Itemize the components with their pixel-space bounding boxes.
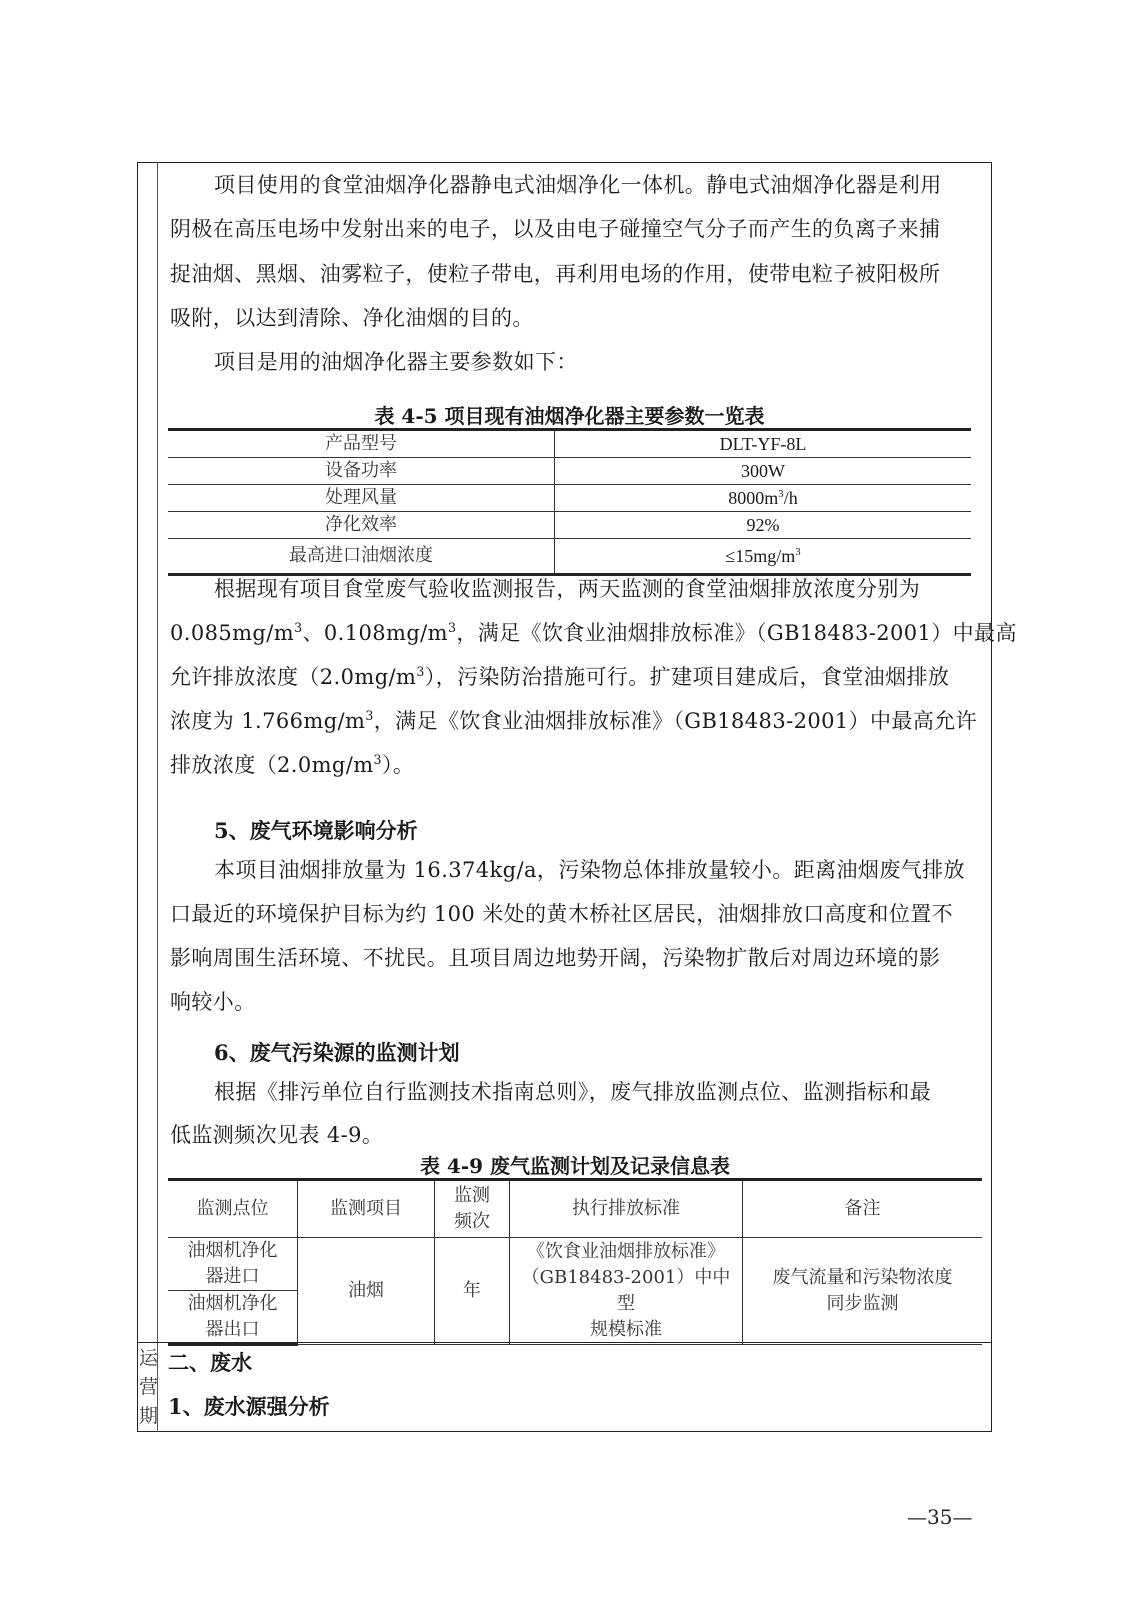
table-row: 设备功率 300W — [168, 458, 971, 485]
purifier-parameters-table: 产品型号 DLT-YF-8L 设备功率 300W 处理风量 8000m3/h 净… — [168, 428, 971, 576]
paragraph-line: 浓度为 1.766mg/m3，满足《饮食业油烟排放标准》（GB18483-200… — [170, 699, 975, 744]
value-text: /h — [784, 488, 798, 508]
side-label-char: 运 — [139, 1344, 157, 1373]
cell-line: 规模标准 — [514, 1317, 738, 1343]
param-value: DLT-YF-8L — [555, 430, 972, 458]
text: 排放浓度（2.0mg/m — [170, 753, 374, 777]
column-header: 备注 — [743, 1180, 983, 1238]
stage-label-operation-period: 运 营 期 — [139, 1344, 157, 1431]
subsection-heading: 1、废水源强分析 — [168, 1391, 330, 1421]
cell-line: 油烟机净化 — [172, 1238, 293, 1264]
table-4-5-caption: 表 4-5 项目现有油烟净化器主要参数一览表 — [168, 400, 971, 429]
column-header: 监测点位 — [168, 1180, 298, 1238]
paragraph-line: 口最近的环境保护目标为约 100 米处的黄木桥社区居民，油烟排放口高度和位置不 — [170, 892, 975, 937]
remark: 废气流量和污染物浓度同步监测 — [743, 1238, 983, 1345]
table-row: 处理风量 8000m3/h — [168, 485, 971, 512]
column-header: 监测频次 — [435, 1180, 510, 1238]
value-text: ≤15mg/m — [725, 546, 795, 566]
table-header-row: 监测点位 监测项目 监测频次 执行排放标准 备注 — [168, 1180, 982, 1238]
monitoring-plan-table: 监测点位 监测项目 监测频次 执行排放标准 备注 油烟机净化器进口 油烟 年 《… — [168, 1178, 982, 1346]
emission-standard: 《饮食业油烟排放标准》（GB18483-2001）中中型规模标准 — [510, 1238, 743, 1345]
cell-line: 同步监测 — [747, 1291, 978, 1317]
paragraph-line: 本项目油烟排放量为 16.374kg/a，污染物总体排放量较小。距离油烟废气排放 — [170, 848, 975, 893]
param-name: 净化效率 — [168, 512, 555, 539]
section-heading: 5、废气环境影响分析 — [214, 815, 418, 845]
cell-line: 《饮食业油烟排放标准》 — [514, 1239, 738, 1265]
cell-line: （GB18483-2001）中中型 — [514, 1265, 738, 1317]
paragraph-line: 影响周围生活环境、不扰民。且项目周边地势开阔，污染物扩散后对周边环境的影 — [170, 936, 975, 981]
value-text: 8000m — [728, 488, 778, 508]
superscript: 3 — [374, 752, 382, 767]
paragraph-line: 阴极在高压电场中发射出来的电子，以及由电子碰撞空气分子而产生的负离子来捕 — [170, 207, 975, 252]
text: 0.085mg/m — [170, 621, 294, 645]
text: 浓度为 1.766mg/m — [170, 709, 365, 733]
section-heading: 二、废水 — [168, 1347, 252, 1377]
monitoring-frequency: 年 — [435, 1238, 510, 1345]
cell-line: 废气流量和污染物浓度 — [747, 1265, 978, 1291]
paragraph-line: 允许排放浓度（2.0mg/m3），污染防治措施可行。扩建项目建成后，食堂油烟排放 — [170, 655, 975, 700]
paragraph-line: 0.085mg/m3、0.108mg/m3，满足《饮食业油烟排放标准》（GB18… — [170, 611, 975, 656]
superscript: 3 — [294, 620, 302, 635]
monitoring-point: 油烟机净化器出口 — [168, 1291, 298, 1345]
paragraph-line: 根据《排污单位自行监测技术指南总则》，废气排放监测点位、监测指标和最 — [170, 1070, 975, 1115]
page-number: —35— — [907, 1505, 972, 1529]
param-name: 处理风量 — [168, 485, 555, 512]
superscript: 3 — [416, 664, 424, 679]
paragraph-line: 响较小。 — [170, 980, 975, 1025]
column-header: 执行排放标准 — [510, 1180, 743, 1238]
paragraph-line: 项目使用的食堂油烟净化器静电式油烟净化一体机。静电式油烟净化器是利用 — [170, 163, 975, 208]
header-line: 监测 — [439, 1183, 505, 1209]
cell-line: 器进口 — [172, 1264, 293, 1290]
monitoring-item: 油烟 — [298, 1238, 435, 1345]
param-name: 设备功率 — [168, 458, 555, 485]
header-line: 频次 — [439, 1209, 505, 1235]
table-4-9-caption: 表 4-9 废气监测计划及记录信息表 — [168, 1150, 982, 1179]
param-value: 92% — [555, 512, 972, 539]
param-name: 产品型号 — [168, 430, 555, 458]
text: 、0.108mg/m — [303, 621, 448, 645]
param-value: 300W — [555, 458, 972, 485]
paragraph-line: 捉油烟、黑烟、油雾粒子，使粒子带电，再利用电场的作用，使带电粒子被阳极所 — [170, 252, 975, 297]
table-row: 油烟机净化器进口 油烟 年 《饮食业油烟排放标准》（GB18483-2001）中… — [168, 1238, 982, 1291]
text: ），污染防治措施可行。扩建项目建成后，食堂油烟排放 — [425, 665, 950, 689]
side-column-divider — [157, 162, 158, 1432]
table-row: 净化效率 92% — [168, 512, 971, 539]
text: ，满足《饮食业油烟排放标准》（GB18483-2001）中最高允许 — [374, 709, 977, 733]
column-header: 监测项目 — [298, 1180, 435, 1238]
param-value: 8000m3/h — [555, 485, 972, 512]
monitoring-point: 油烟机净化器进口 — [168, 1238, 298, 1291]
cell-line: 油烟机净化 — [172, 1291, 293, 1317]
superscript: 3 — [365, 708, 373, 723]
paragraph-line: 根据现有项目食堂废气验收监测报告，两天监测的食堂油烟排放浓度分别为 — [170, 567, 975, 612]
text: ）。 — [382, 753, 414, 777]
side-label-char: 期 — [139, 1402, 157, 1431]
side-label-char: 营 — [139, 1373, 157, 1402]
paragraph-line: 项目是用的油烟净化器主要参数如下： — [170, 340, 975, 385]
paragraph-line: 吸附，以达到清除、净化油烟的目的。 — [170, 296, 975, 341]
cell-line: 器出口 — [172, 1317, 293, 1343]
table-row: 产品型号 DLT-YF-8L — [168, 430, 971, 458]
text: 允许排放浓度（2.0mg/m — [170, 665, 416, 689]
superscript: 3 — [795, 546, 800, 558]
paragraph-line: 排放浓度（2.0mg/m3）。 — [170, 743, 975, 788]
section-heading: 6、废气污染源的监测计划 — [214, 1037, 460, 1067]
text: ，满足《饮食业油烟排放标准》（GB18483-2001）中最高 — [456, 621, 1016, 645]
